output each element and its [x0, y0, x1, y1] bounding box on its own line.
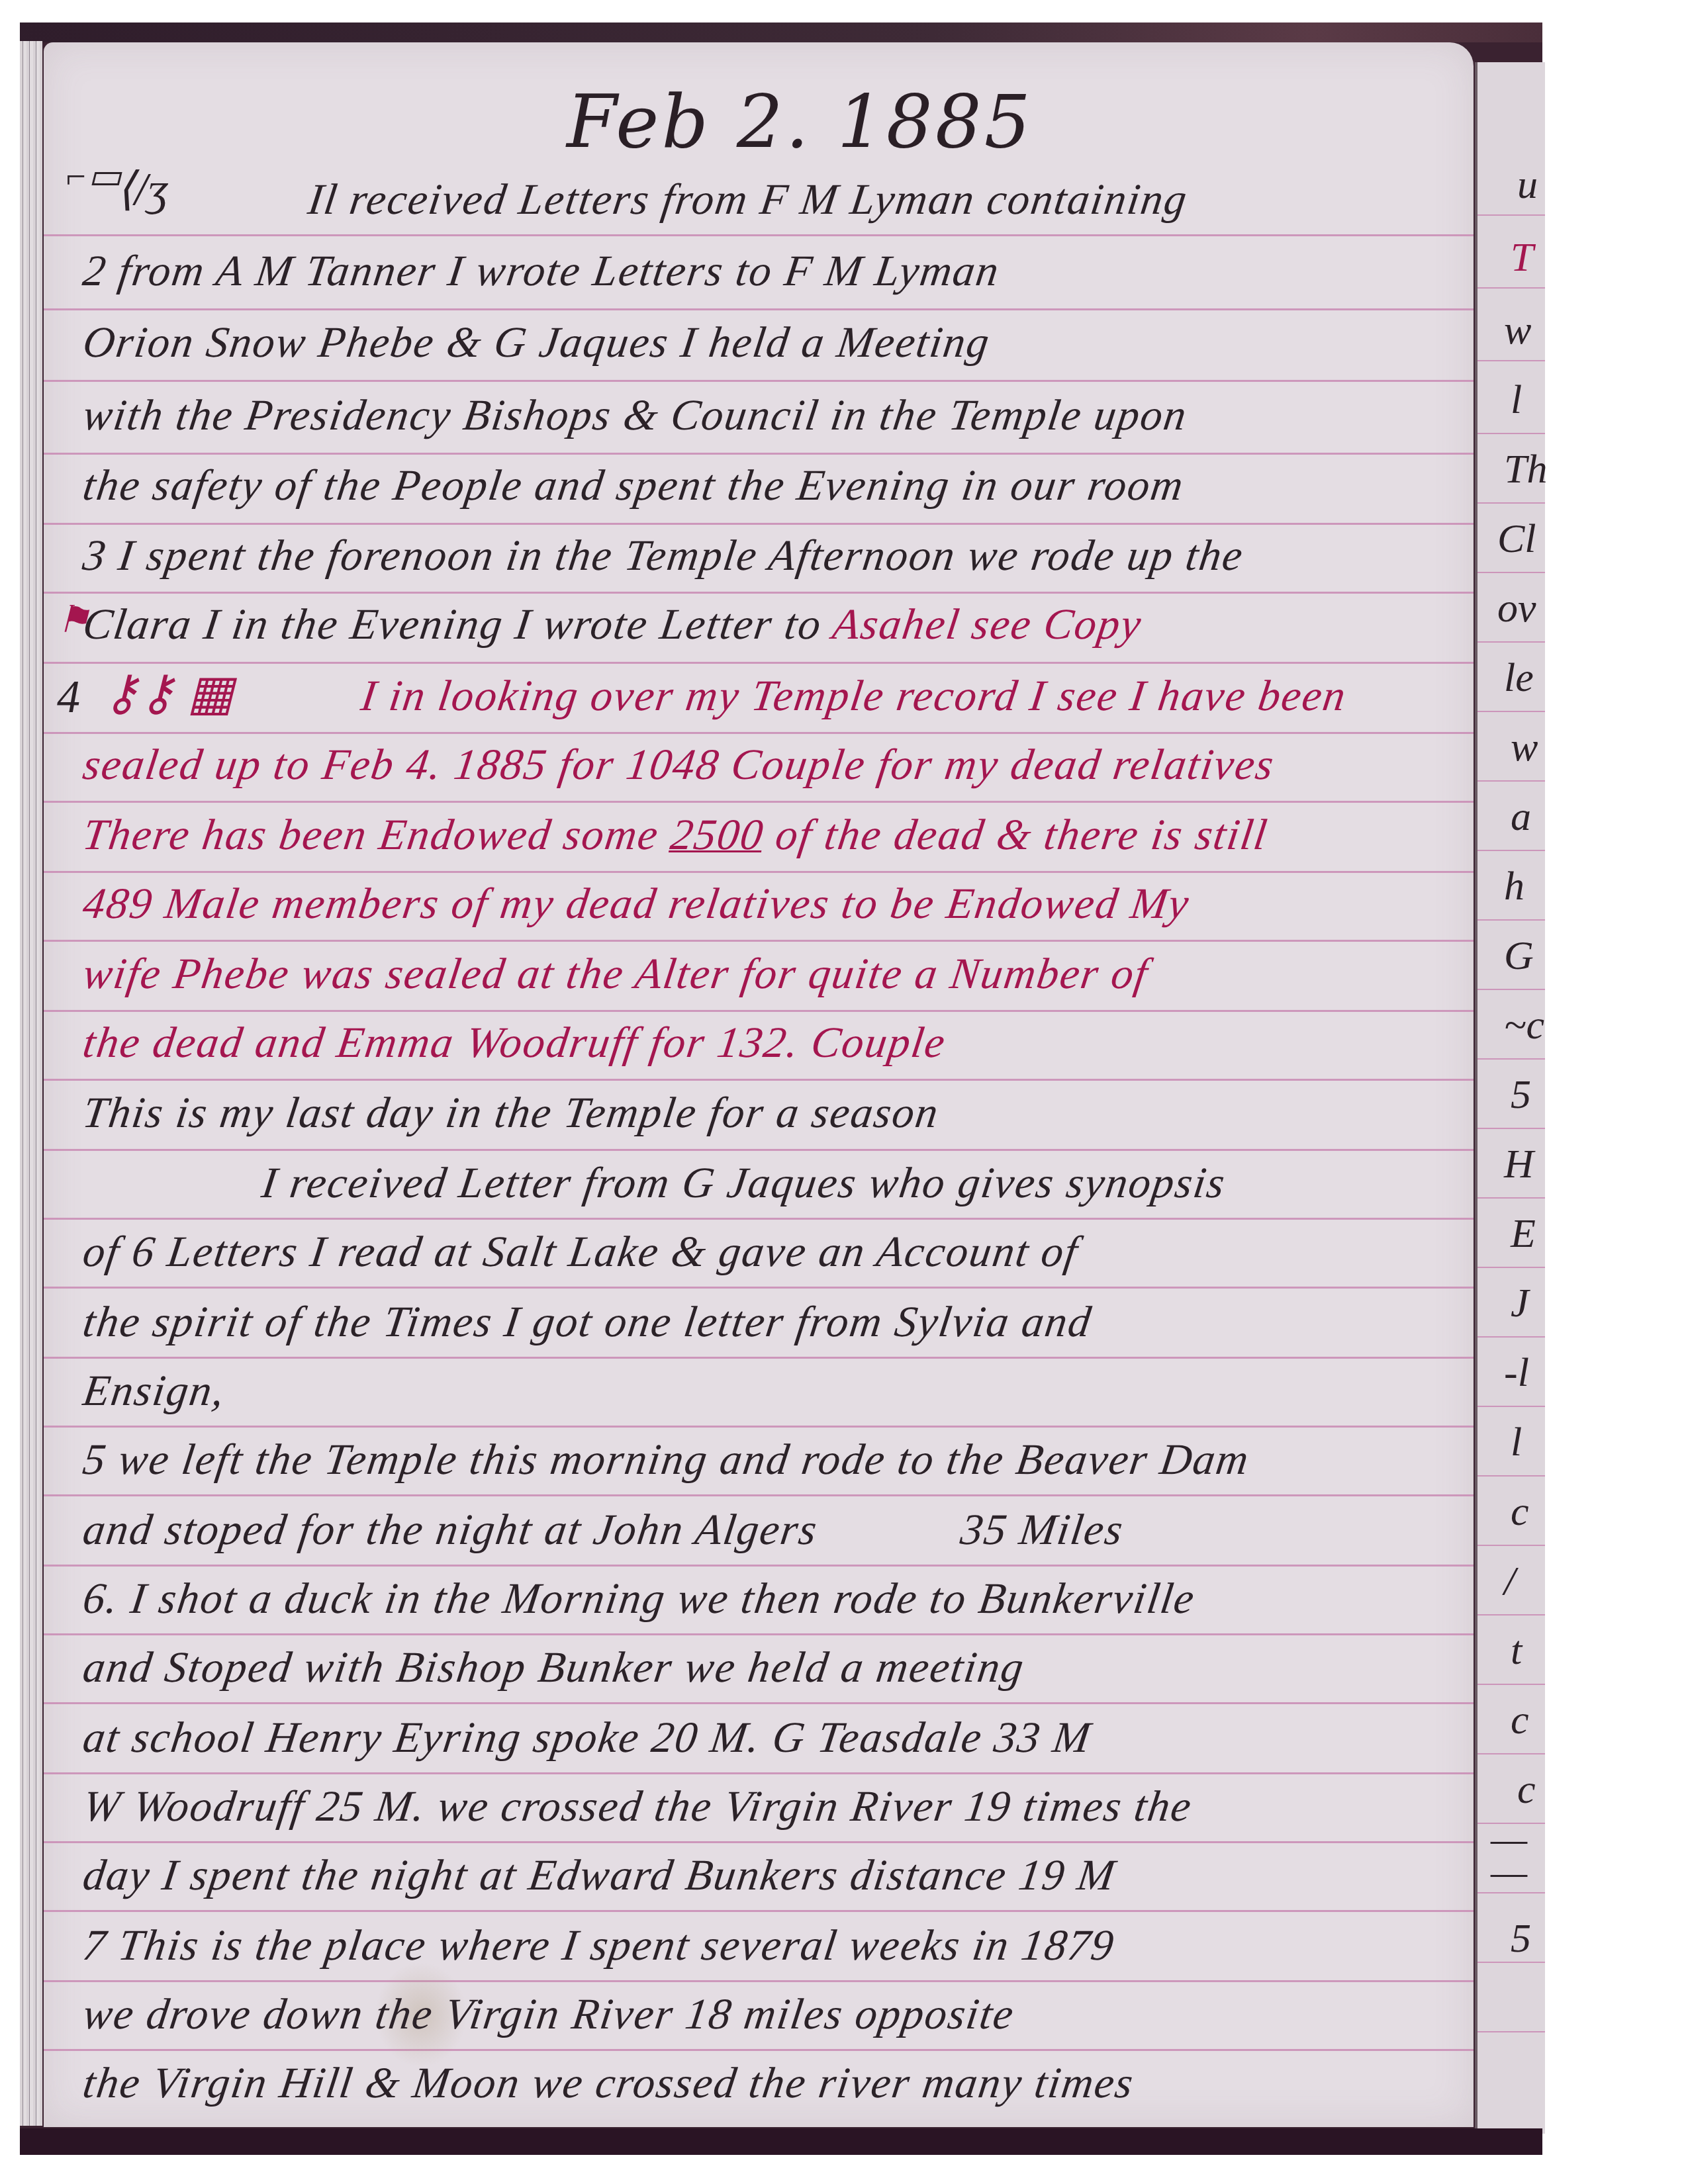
adjacent-page-fragment: t — [1511, 1627, 1522, 1674]
journal-line-text: and stoped for the night at John Algers — [80, 1506, 821, 1554]
ruled-line — [44, 871, 1474, 873]
ruled-line — [1477, 1058, 1545, 1060]
adjacent-page-fragment: H — [1504, 1141, 1534, 1188]
journal-line: This is my last day in the Temple for a … — [80, 1088, 1484, 1138]
journal-line-red: There has been Endowed some 2500 of the … — [80, 810, 1484, 860]
adjacent-page-fragment: a — [1511, 794, 1531, 841]
ruled-line — [1477, 1128, 1545, 1129]
ruled-line — [1477, 1267, 1545, 1268]
adjacent-page-fragment: — — [1491, 1849, 1527, 1896]
ruled-line — [44, 2049, 1474, 2051]
journal-line: the Virgin Hill & Moon we crossed the ri… — [80, 2058, 1484, 2109]
adjacent-page-fragment: l — [1511, 377, 1522, 424]
ruled-line — [44, 1633, 1474, 1635]
adjacent-page-fragment: J — [1511, 1280, 1529, 1327]
ruled-line — [1477, 2031, 1545, 2032]
ruled-line — [44, 1149, 1474, 1151]
ruled-line — [44, 1010, 1474, 1012]
ruled-line — [1477, 287, 1545, 289]
page-heading-date: Feb 2. 1885 — [567, 79, 1033, 164]
adjacent-page-fragment: w — [1504, 307, 1531, 354]
journal-line: Clara I in the Evening I wrote Letter to… — [80, 600, 1484, 650]
ruled-line — [44, 732, 1474, 734]
ruled-line — [44, 1772, 1474, 1774]
ruled-line — [1477, 1406, 1545, 1407]
adjacent-page-edge: u T w l Th Cl ov le w a h G ~c 5 H E J -… — [1475, 62, 1545, 2134]
ruled-line — [1477, 1475, 1545, 1477]
ruled-line — [1477, 780, 1545, 782]
journal-line: with the Presidency Bishops & Council in… — [80, 390, 1484, 441]
journal-line-red: sealed up to Feb 4. 1885 for 1048 Couple… — [80, 740, 1484, 790]
adjacent-page-fragment: ~c — [1504, 1002, 1544, 1049]
journal-line-red-note: Asahel see Copy — [829, 600, 1145, 649]
ruled-line — [1477, 433, 1545, 434]
adjacent-page-fragment: u — [1517, 161, 1538, 208]
ruled-line — [1477, 919, 1545, 921]
adjacent-page-fragment: G — [1504, 933, 1534, 979]
ruled-line — [1477, 1614, 1545, 1615]
adjacent-page-fragment: / — [1504, 1558, 1515, 1605]
ruled-line — [1477, 1336, 1545, 1338]
adjacent-page-fragment: 5 — [1511, 1071, 1531, 1118]
ruled-line — [44, 1079, 1474, 1081]
adjacent-page-fragment: l — [1511, 1419, 1522, 1466]
adjacent-page-fragment: 5 — [1511, 1915, 1531, 1962]
margin-day-number: 4 — [57, 671, 80, 724]
journal-line: I received Letter from G Jaques who give… — [259, 1158, 1484, 1208]
ruled-line — [1477, 711, 1545, 712]
margin-shorthand-mark: ⌐▭ — [64, 155, 121, 197]
adjacent-page-fragment: E — [1511, 1210, 1536, 1257]
ruled-line — [44, 234, 1474, 236]
ruled-line — [1477, 850, 1545, 851]
ruled-line — [44, 1426, 1474, 1428]
adjacent-page-fragment: c — [1511, 1697, 1529, 1744]
adjacent-page-fragment: -l — [1504, 1349, 1529, 1396]
adjacent-page-fragment: h — [1504, 863, 1524, 910]
ruled-line — [1477, 1753, 1545, 1754]
ruled-line — [44, 453, 1474, 455]
journal-line: 3 I spent the forenoon in the Temple Aft… — [80, 531, 1484, 581]
underlined-number: 2500 — [668, 811, 767, 859]
margin-date-shorthand: ⟨/ʒ — [117, 161, 168, 216]
journal-line: day I spent the night at Edward Bunkers … — [80, 1850, 1484, 1901]
ruled-line — [44, 1565, 1474, 1567]
ruled-line — [44, 1287, 1474, 1289]
journal-line: W Woodruff 25 M. we crossed the Virgin R… — [80, 1782, 1484, 1832]
adjacent-page-fragment: le — [1504, 655, 1534, 702]
book-cover-bottom — [20, 2128, 1542, 2155]
adjacent-page-fragment: ov — [1497, 585, 1536, 632]
ruled-line — [44, 1218, 1474, 1220]
journal-line: we drove down the Virgin River 18 miles … — [80, 1989, 1484, 2040]
journal-line: the safety of the People and spent the E… — [80, 461, 1484, 511]
journal-line-text: Clara I in the Evening I wrote Letter to — [80, 600, 825, 649]
ruled-line — [1477, 1684, 1545, 1685]
journal-line-text: There has been Endowed some — [80, 811, 662, 859]
adjacent-page-fragment: w — [1511, 724, 1538, 771]
adjacent-page-fragment: c — [1511, 1488, 1529, 1535]
journal-line: Ensign, — [80, 1366, 1484, 1416]
ruled-line — [44, 592, 1474, 594]
ruled-line — [1477, 1197, 1545, 1199]
ruled-line — [44, 380, 1474, 382]
journal-page: Feb 2. 1885 ⌐▭ ⟨/ʒ ⚑ 4 ⚷⚷ ▦ Il received … — [44, 42, 1474, 2127]
ruled-line — [44, 308, 1474, 310]
journal-line: and stoped for the night at John Algers … — [80, 1505, 1484, 1555]
ruled-line — [1477, 1545, 1545, 1546]
ruled-line — [44, 1357, 1474, 1359]
adjacent-page-fragment: Cl — [1497, 516, 1536, 563]
journal-line: Il received Letters from F M Lyman conta… — [305, 175, 1484, 225]
journal-line: of 6 Letters I read at Salt Lake & gave … — [80, 1227, 1484, 1277]
journal-scan: Feb 2. 1885 ⌐▭ ⟨/ʒ ⚑ 4 ⚷⚷ ▦ Il received … — [20, 23, 1542, 2155]
book-cover-top — [20, 23, 1542, 42]
ruled-line — [44, 1980, 1474, 1982]
journal-line: the spirit of the Times I got one letter… — [80, 1297, 1484, 1347]
ruled-line — [44, 1841, 1474, 1843]
journal-line: 6. I shot a duck in the Morning we then … — [80, 1574, 1484, 1624]
ruled-line — [44, 523, 1474, 525]
journal-line-red: I in looking over my Temple record I see… — [358, 671, 1484, 721]
page-edge-stack — [20, 41, 42, 2126]
journal-line: Orion Snow Phebe & G Jaques I held a Mee… — [80, 318, 1484, 368]
adjacent-page-fragment: T — [1511, 234, 1533, 281]
ruled-line — [44, 1494, 1474, 1496]
ruled-line — [1477, 572, 1545, 573]
ruled-line — [44, 940, 1474, 942]
ruled-line — [1477, 360, 1545, 361]
ruled-line — [1477, 214, 1545, 216]
ruled-line — [1477, 989, 1545, 990]
journal-line-red: the dead and Emma Woodruff for 132. Coup… — [80, 1018, 1484, 1068]
journal-line-red: 489 Male members of my dead relatives to… — [80, 879, 1484, 929]
journal-line: at school Henry Eyring spoke 20 M. G Tea… — [80, 1713, 1484, 1763]
adjacent-page-fragment: c — [1517, 1766, 1536, 1813]
ruled-line — [44, 801, 1474, 803]
journal-line-text: of the dead & there is still — [773, 811, 1271, 859]
ruled-line — [44, 662, 1474, 664]
journal-line: and Stoped with Bishop Bunker we held a … — [80, 1643, 1484, 1693]
ruled-line — [44, 1910, 1474, 1912]
ruled-line — [1477, 641, 1545, 643]
journal-line: 2 from A M Tanner I wrote Letters to F M… — [80, 246, 1484, 296]
red-key-symbol-icon: ⚷⚷ ▦ — [103, 664, 234, 722]
adjacent-page-fragment: Th — [1504, 446, 1547, 493]
journal-line: 7 This is the place where I spent severa… — [80, 1921, 1484, 1971]
ruled-line — [1477, 502, 1545, 504]
journal-line-red: wife Phebe was sealed at the Alter for q… — [80, 949, 1484, 999]
journal-line: 5 we left the Temple this morning and ro… — [80, 1435, 1484, 1485]
journal-mileage: 35 Miles — [958, 1506, 1127, 1554]
ruled-line — [44, 1702, 1474, 1704]
